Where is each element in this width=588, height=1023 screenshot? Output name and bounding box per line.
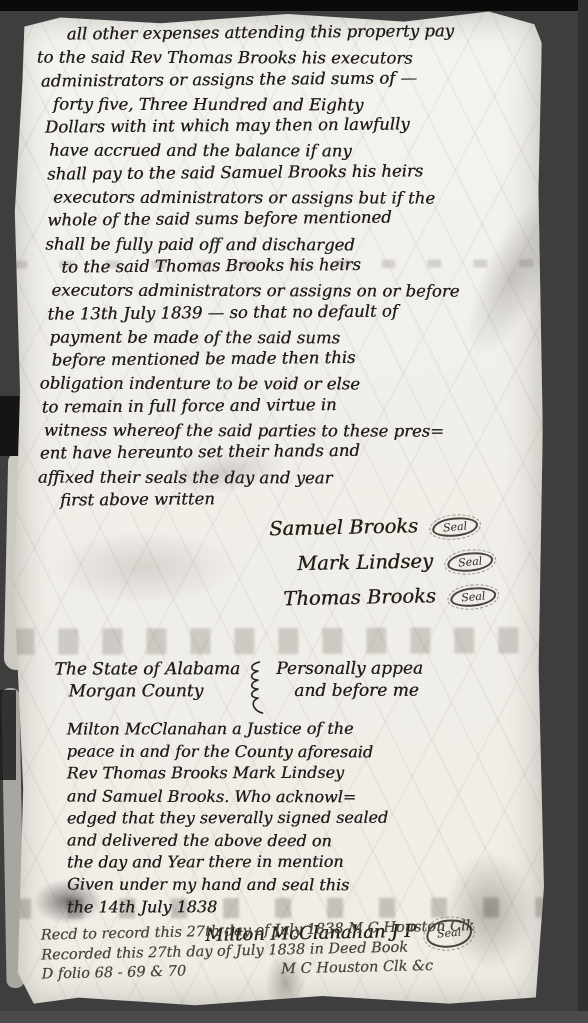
- fold-crease: [14, 627, 543, 654]
- deed-line: to the said Thomas Brooks his heirs: [61, 251, 534, 278]
- ack-line: edged that they severally signed sealed: [67, 806, 538, 829]
- deed-line: to remain in full force and virtue in: [42, 391, 535, 419]
- venue-state: The State of Alabama: [54, 658, 240, 681]
- ack-line: and Samuel Brooks. Who acknowl=: [67, 785, 538, 808]
- seal-stamp: Seal: [446, 550, 494, 573]
- ack-line: the day and Year there in mention: [67, 851, 538, 874]
- deed-line: all other expenses attending this proper…: [67, 18, 534, 45]
- deed-line: the 13th July 1839 — so that no default …: [47, 298, 534, 326]
- signature-name: Thomas Brooks: [283, 584, 436, 610]
- scan-bottom-bar: [0, 1011, 588, 1023]
- venue-block: The State of Alabama Morgan County: [54, 658, 240, 703]
- recording-note: Recd to record this 27th day of July 183…: [41, 916, 535, 985]
- venue-county: Morgan County: [68, 680, 240, 703]
- ack-intro-line: and before me: [294, 680, 423, 703]
- ack-line: Given under my hand and seal this: [67, 874, 538, 897]
- ink-smudge: [54, 532, 234, 602]
- signature-name: Mark Lindsey: [297, 549, 433, 575]
- signature-name: Samuel Brooks: [269, 514, 418, 540]
- deed-line: administrators or assigns the said sums …: [41, 65, 534, 93]
- paper: all other expenses attending this proper…: [13, 11, 545, 1007]
- deed-line: before mentioned be made then this: [52, 345, 535, 373]
- ack-line: and delivered the above deed on: [67, 830, 538, 853]
- ack-line: peace in and for the County aforesaid: [67, 741, 538, 764]
- ack-line: the 14th July 1838: [67, 895, 538, 918]
- seal-stamp: Seal: [431, 516, 479, 539]
- scan-top-bar: [0, 0, 588, 11]
- ack-intro-line: Personally appea: [276, 658, 423, 681]
- scan-right-shade: [578, 0, 588, 1023]
- deed-line: whole of the said sums before mentioned: [47, 205, 534, 233]
- deed-line: shall pay to the said Samuel Brooks his …: [47, 158, 534, 186]
- acknowledgment-section: The State of Alabama Morgan County Perso…: [54, 657, 538, 948]
- recording-folio: D folio 68 - 69 & 70: [41, 962, 186, 985]
- seal-stamp: Seal: [449, 585, 497, 608]
- deed-line: first above written: [60, 484, 535, 511]
- deed-body-text: all other expenses attending this proper…: [37, 21, 535, 512]
- signature-row: Mark Lindsey Seal: [297, 550, 496, 574]
- venue-row: The State of Alabama Morgan County Perso…: [54, 657, 537, 716]
- signature-row: Samuel Brooks Seal: [269, 515, 496, 539]
- signature-row: Thomas Brooks Seal: [283, 585, 496, 609]
- deed-line: Dollars with int which may then on lawfu…: [45, 112, 534, 140]
- signature-block: Samuel Brooks Seal Mark Lindsey Seal Tho…: [269, 515, 496, 621]
- venue-intro: Personally appea and before me: [276, 658, 423, 703]
- document-scan: all other expenses attending this proper…: [0, 0, 588, 1023]
- ack-line: Milton McClanahan a Justice of the: [67, 717, 538, 740]
- deed-line: ent have hereunto set their hands and: [40, 438, 535, 466]
- ack-line: Rev Thomas Brooks Mark Lindsey: [67, 762, 538, 785]
- brace-coil-icon: [246, 660, 270, 716]
- recording-clerk: M C Houston Clk &c: [281, 957, 433, 980]
- scan-artifact-patch: [0, 690, 16, 780]
